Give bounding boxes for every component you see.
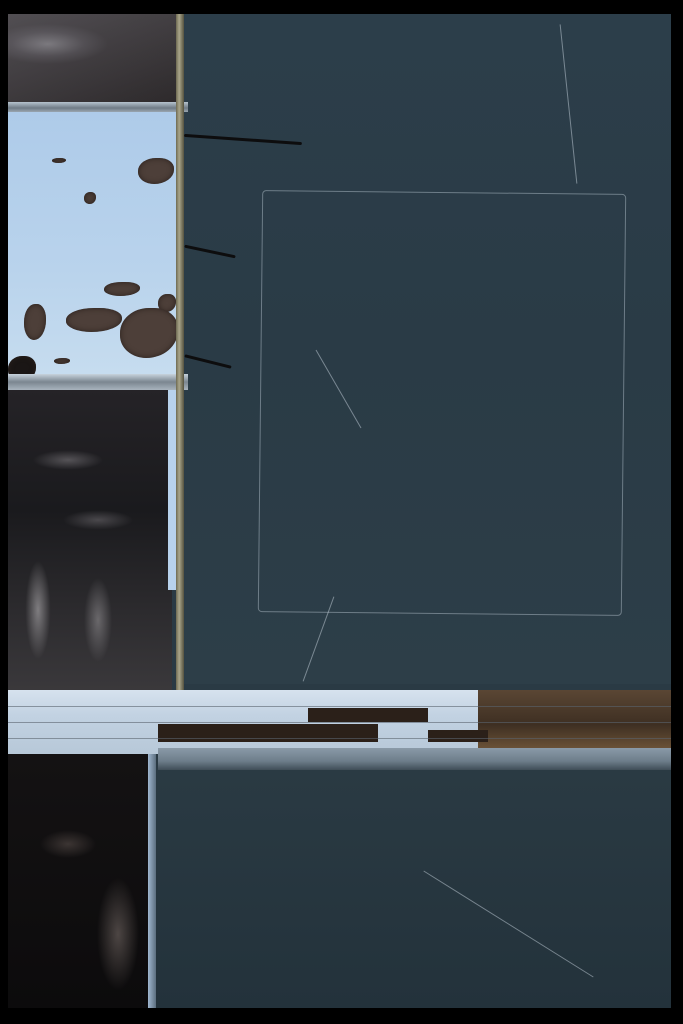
- paint-chip: [428, 730, 488, 742]
- scratched-blue-panel-lower: [156, 770, 671, 1008]
- sky-reflection-pane: [8, 112, 180, 374]
- paint-chip: [158, 724, 378, 742]
- window-mullion: [8, 102, 188, 112]
- dark-glass-pane-bottom: [8, 754, 148, 1008]
- exposed-wood: [478, 690, 671, 748]
- sky-sliver: [168, 390, 176, 590]
- board-edge: [158, 748, 671, 770]
- paint-chip: [308, 708, 428, 722]
- window-mullion: [8, 374, 188, 390]
- window-post: [148, 754, 156, 1008]
- photograph: [8, 14, 671, 1008]
- dark-glass-pane-middle: [8, 390, 172, 690]
- window-post: [176, 14, 184, 690]
- dark-glass-pane-top: [8, 14, 184, 102]
- scratched-rectangle-marks: [258, 190, 626, 616]
